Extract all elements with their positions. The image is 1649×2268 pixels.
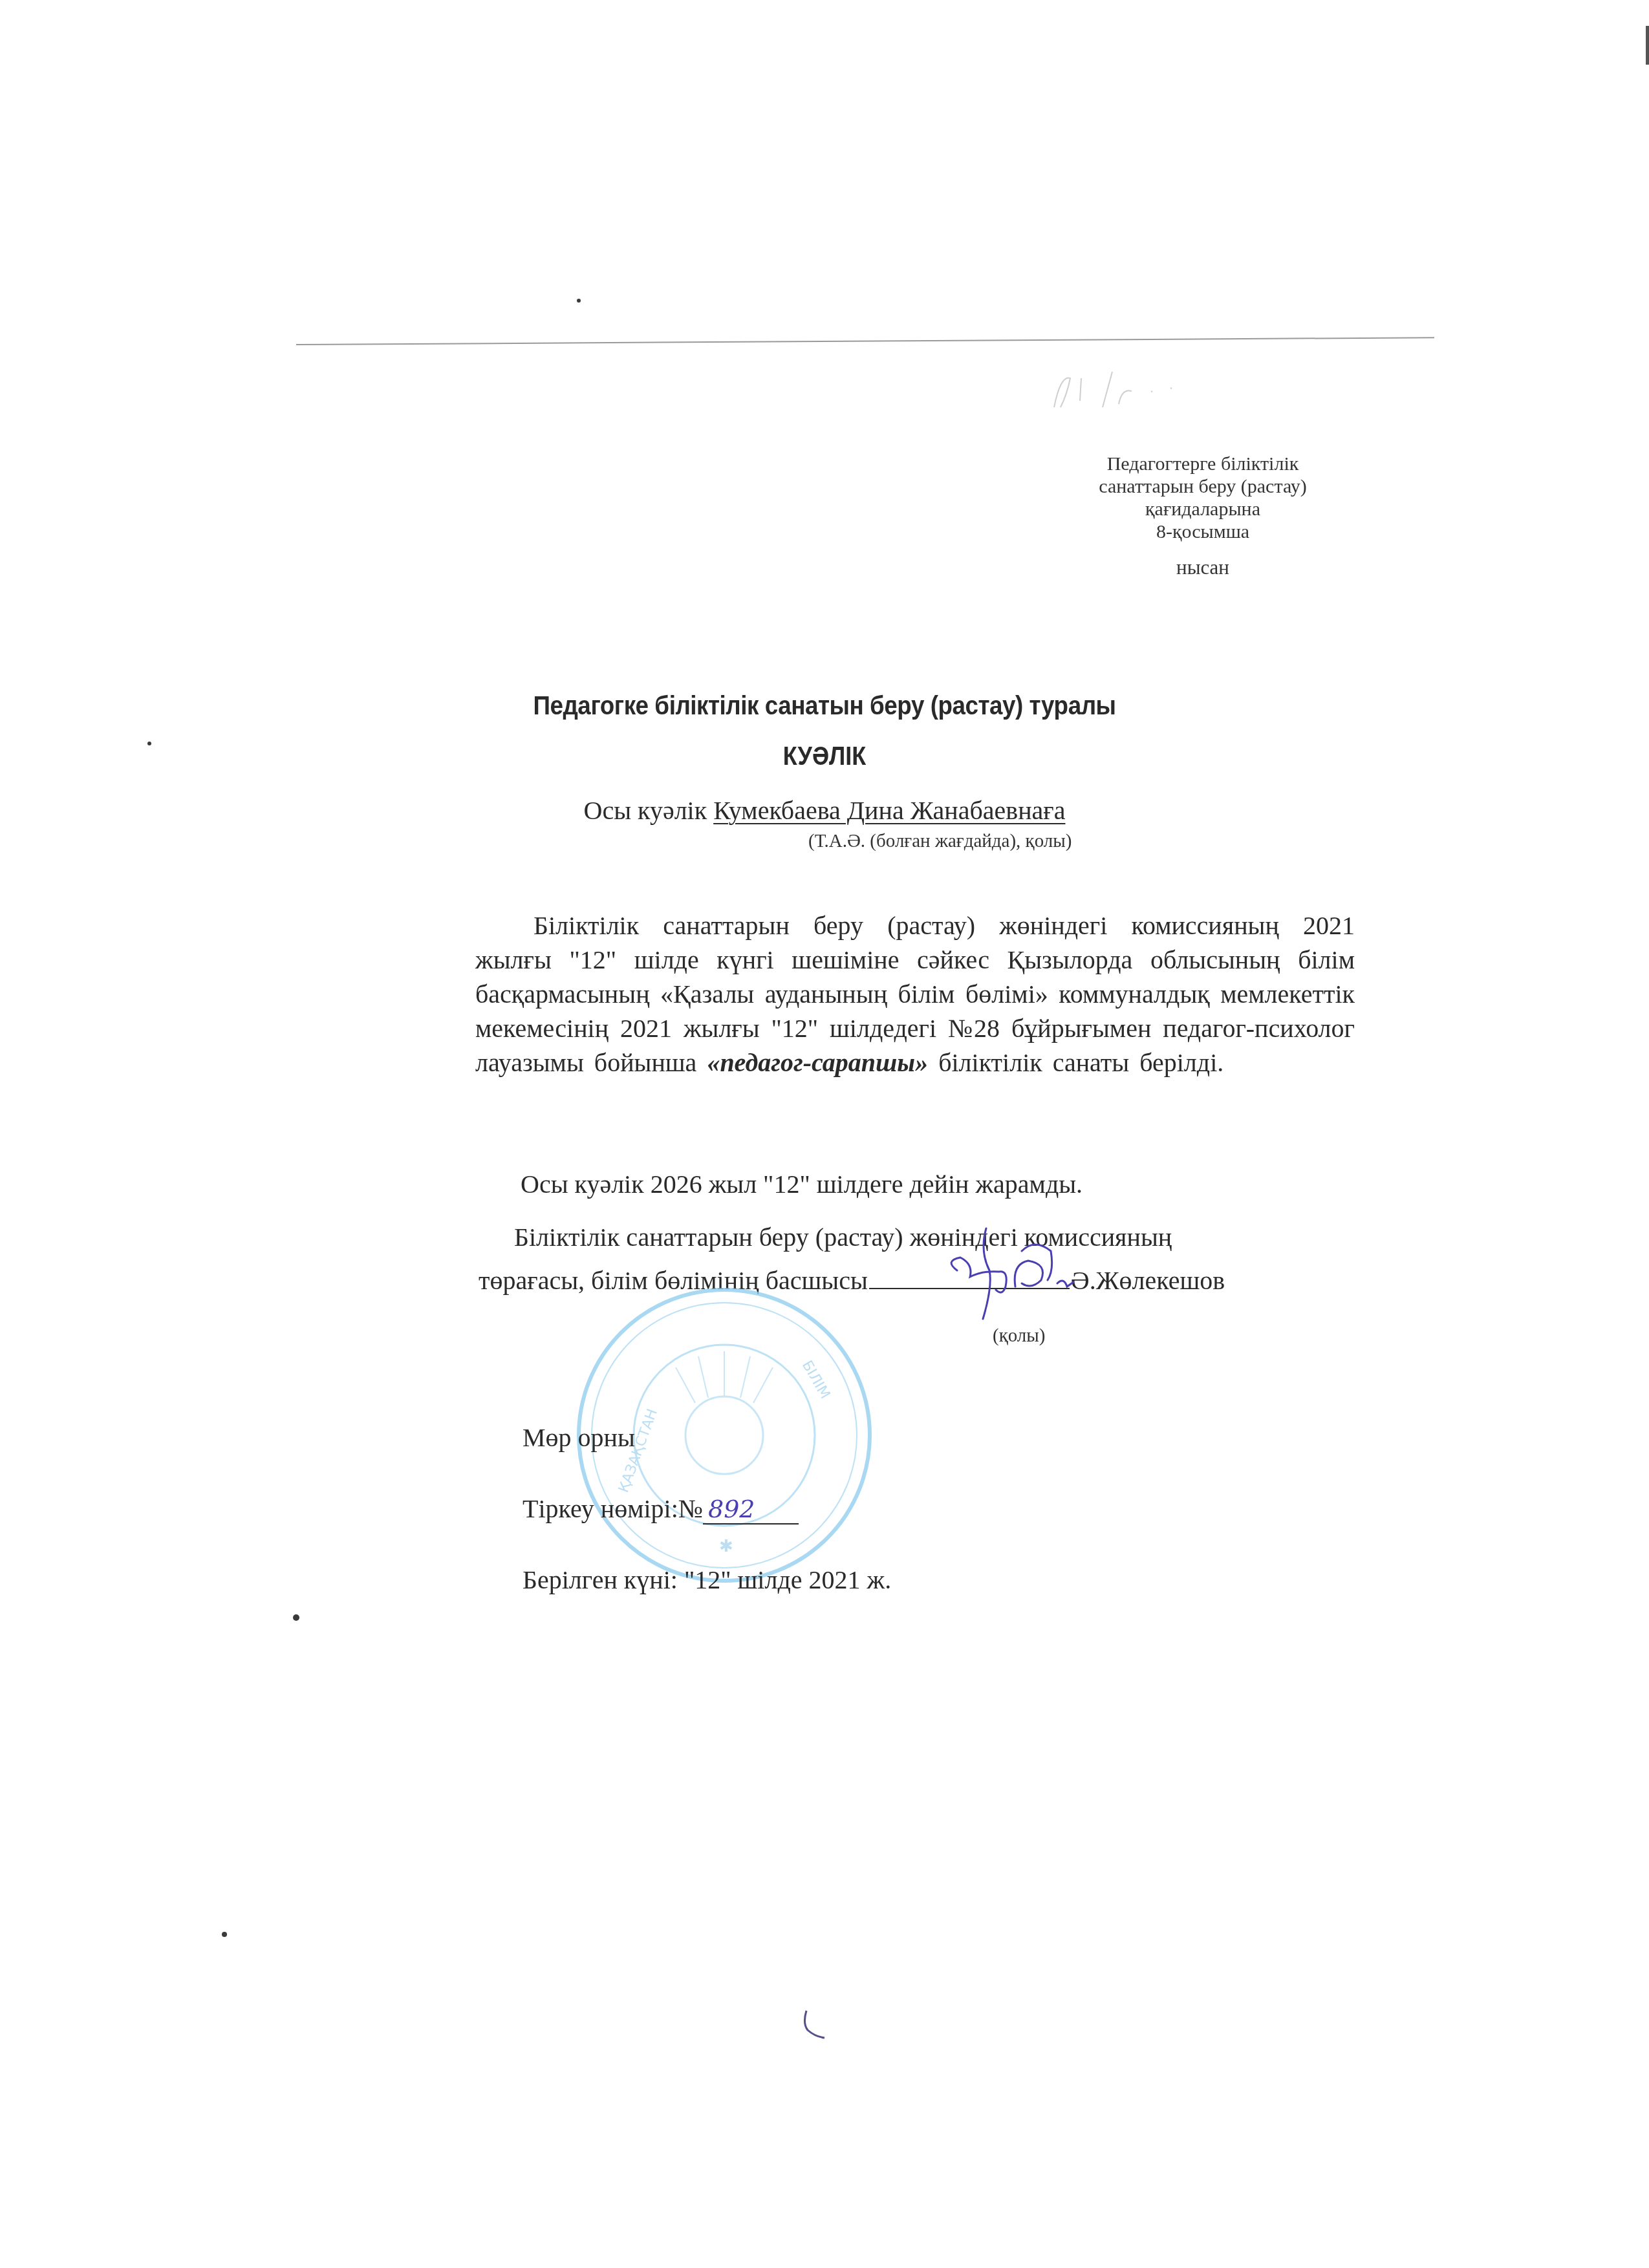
appendix-line: Педагогтерге біліктілік (1022, 453, 1384, 475)
registration-number: Тіркеу нөмірі:№892 (523, 1493, 799, 1524)
appendix-line: 8-қосымша (1022, 520, 1384, 543)
seal-place-label: Мөр орны (523, 1422, 635, 1453)
issue-date: Берілген күні: "12" шілде 2021 ж. (523, 1565, 891, 1595)
top-rule-divider (296, 337, 1434, 345)
scan-speck (293, 1614, 299, 1621)
scan-speck (577, 299, 581, 303)
validity-statement: Осы куәлік 2026 жыл "12" шілдеге дейін ж… (521, 1169, 1083, 1199)
handwritten-signature (944, 1225, 1112, 1322)
svg-text:✱: ✱ (719, 1537, 733, 1556)
form-label: нысан (1022, 556, 1384, 579)
recipient-prefix: Осы куәлік (584, 796, 714, 825)
handwritten-scribble-mark (1041, 362, 1255, 414)
recipient-caption: (Т.А.Ә. (болған жағдайда), қолы) (808, 831, 1072, 852)
appendix-line: санаттарын беру (растау) (1022, 475, 1384, 498)
ink-mark (799, 2004, 837, 2043)
body-tail: біліктілік санаты берілді. (928, 1048, 1223, 1077)
registration-value: 892 (703, 1495, 799, 1524)
svg-text:БІЛІМ: БІЛІМ (799, 1358, 833, 1402)
scan-speck (222, 1932, 227, 1937)
document-heading: КУӘЛІК (83, 742, 1567, 771)
recipient-line: Осы куәлік Кумекбаева Дина Жанабаевнаға (0, 795, 1649, 826)
appendix-line: қағидаларына (1022, 498, 1384, 520)
appendix-reference: Педагогтерге біліктілік санаттарын беру … (1022, 453, 1384, 579)
scan-speck (1646, 26, 1649, 65)
signature-caption: (қолы) (993, 1325, 1045, 1347)
document-title: Педагогке біліктілік санатын беру (раста… (66, 692, 1583, 721)
registration-label: Тіркеу нөмірі:№ (523, 1494, 703, 1523)
recipient-name: Кумекбаева Дина Жанабаевнаға (713, 796, 1065, 825)
scan-speck (147, 742, 151, 745)
body-paragraph: Біліктілік санаттарын беру (растау) жөні… (475, 908, 1355, 1080)
qualification-category: «педагог-сарапшы» (707, 1048, 928, 1077)
